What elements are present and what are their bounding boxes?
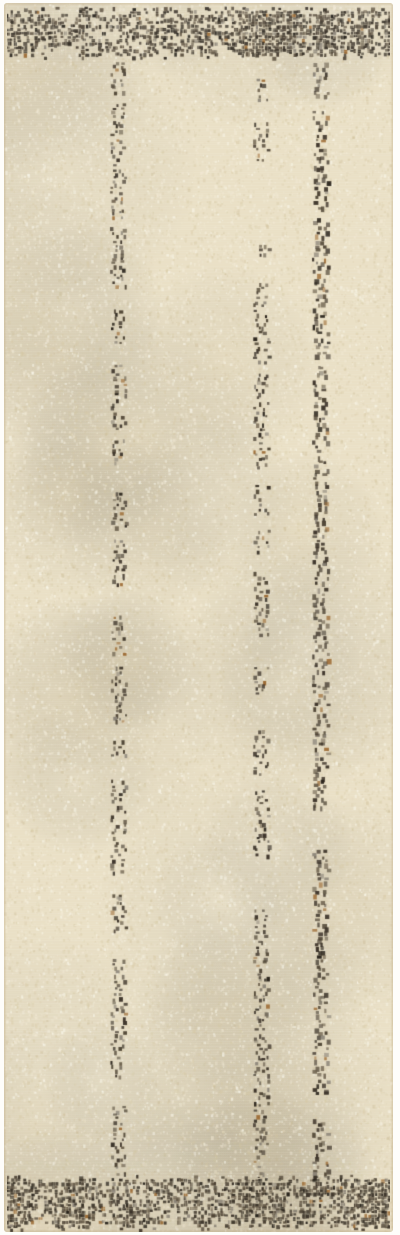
stitch-stripe-middle-canvas xyxy=(251,57,273,1178)
rug-stitch-stripe-right xyxy=(310,57,332,1178)
rug-stitch-stripe-left xyxy=(108,57,130,1178)
stitch-stripe-right-canvas xyxy=(310,57,332,1178)
stitch-stripe-left-canvas xyxy=(108,57,130,1178)
page-background: { "image": { "kind": "product-photo", "a… xyxy=(0,0,400,1235)
rug-bottom-band xyxy=(7,1172,390,1232)
bottom-band-canvas xyxy=(7,1172,390,1232)
rug-photo xyxy=(4,3,393,1232)
rug-field-canvas xyxy=(4,3,393,1232)
rug-top-band xyxy=(7,4,390,63)
top-band-canvas xyxy=(7,4,390,63)
rug-stitch-stripe-middle xyxy=(251,57,273,1178)
